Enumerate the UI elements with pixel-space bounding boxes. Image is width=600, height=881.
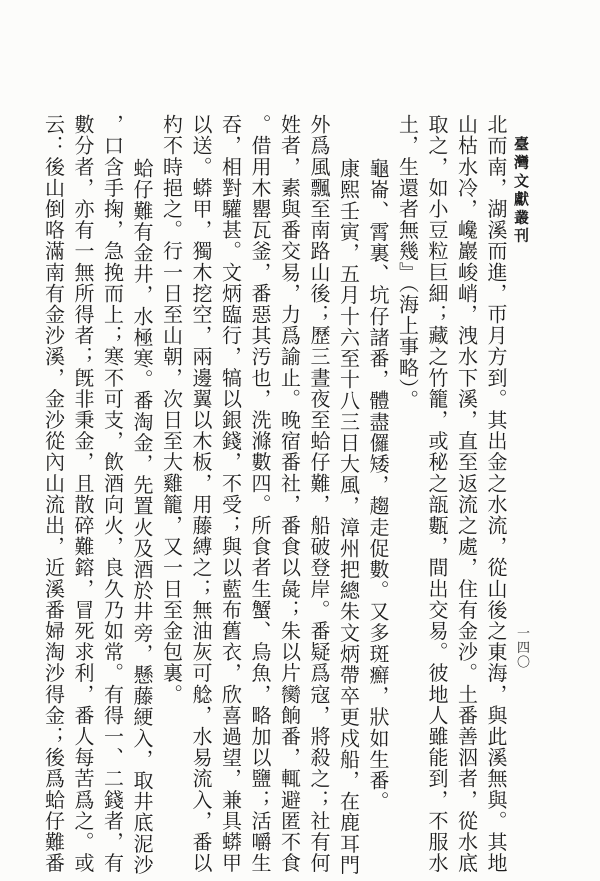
text-column: 外爲風飄至南路山後；歷三晝夜至蛤仔難，船破登岸。番疑爲寇，將殺之；社有何 [308,114,328,836]
text-column: 數分者，亦有一無所得者；旣非秉金，且散碎難鎔，冒死求利，番人每苦爲之。或 [72,114,92,836]
text-column: 山枯水冷，巉巖峻峭，洩水下溪，直至返流之處，住有金沙。土番善泅者，從水底 [456,114,476,836]
text-column: 杓不時挹之。行一日至山朝，次日至大雞籠，又一日至金包裏。 [161,114,181,836]
text-column: 康熙壬寅，五月十六至十八三日大風，漳州把總朱文炳帶卒更戍船，在鹿耳門 [338,114,358,836]
text-column: 。借用木罌瓦釜，番惡其汚也，洗滌數四。所食者生蟹、烏魚，略加以鹽；活嚼生 [249,114,269,836]
text-column: 龜崙、霄裏、坑仔諸番，體盡儸矮，趨走促數。又多斑癬，狀如生番。 [367,114,387,836]
text-column: ，口含手掬，急挽而上；寒不可支，飲酒向火，良久乃如常。有得一、二錢者，有 [102,114,122,836]
scanned-book-page: 臺灣文獻叢刊 一四〇 北而南，湖溪而進，帀月方到。其出金之水流，從山後之東海，與… [0,0,600,881]
page-number: 一四〇 [513,626,532,670]
text-column: 吞，相對驩甚。文炳臨行，犒以銀錢，不受；與以藍布舊衣，欣喜過望，兼具蟒甲 [220,114,240,836]
text-column: 北而南，湖溪而進，帀月方到。其出金之水流，從山後之東海，與此溪無與。其地 [485,114,505,836]
text-column: 土，生還者無幾』（海上事略）。 [397,114,417,836]
text-column: 姓者，素與番交易，力爲諭止。晚宿番社，番食以彘；朱以片臠餉番，輒避匿不食 [279,114,299,836]
text-column: 蛤仔難有金井，水極寒。番淘金，先置火及酒於井旁，懸藤綆入，取井底泥沙 [131,114,151,836]
text-column: 以送。蟒甲，獨木挖空，兩邊翼以木板，用藤縛之；無油灰可艌，水易流入，番以 [190,114,210,836]
main-text-block: 北而南，湖溪而進，帀月方到。其出金之水流，從山後之東海，與此溪無與。其地 山枯水… [33,114,505,836]
series-title: 臺灣文獻叢刊 [510,136,531,246]
text-column: 取之，如小豆粒巨細；藏之竹籠，或秘之瓿甊，間出交易。彼地人雖能到，不服水 [426,114,446,836]
text-column: 云：後山倒咯滿南有金沙溪，金沙從內山流出，近溪番婦淘沙得金；後爲蛤仔難番 [43,114,63,836]
